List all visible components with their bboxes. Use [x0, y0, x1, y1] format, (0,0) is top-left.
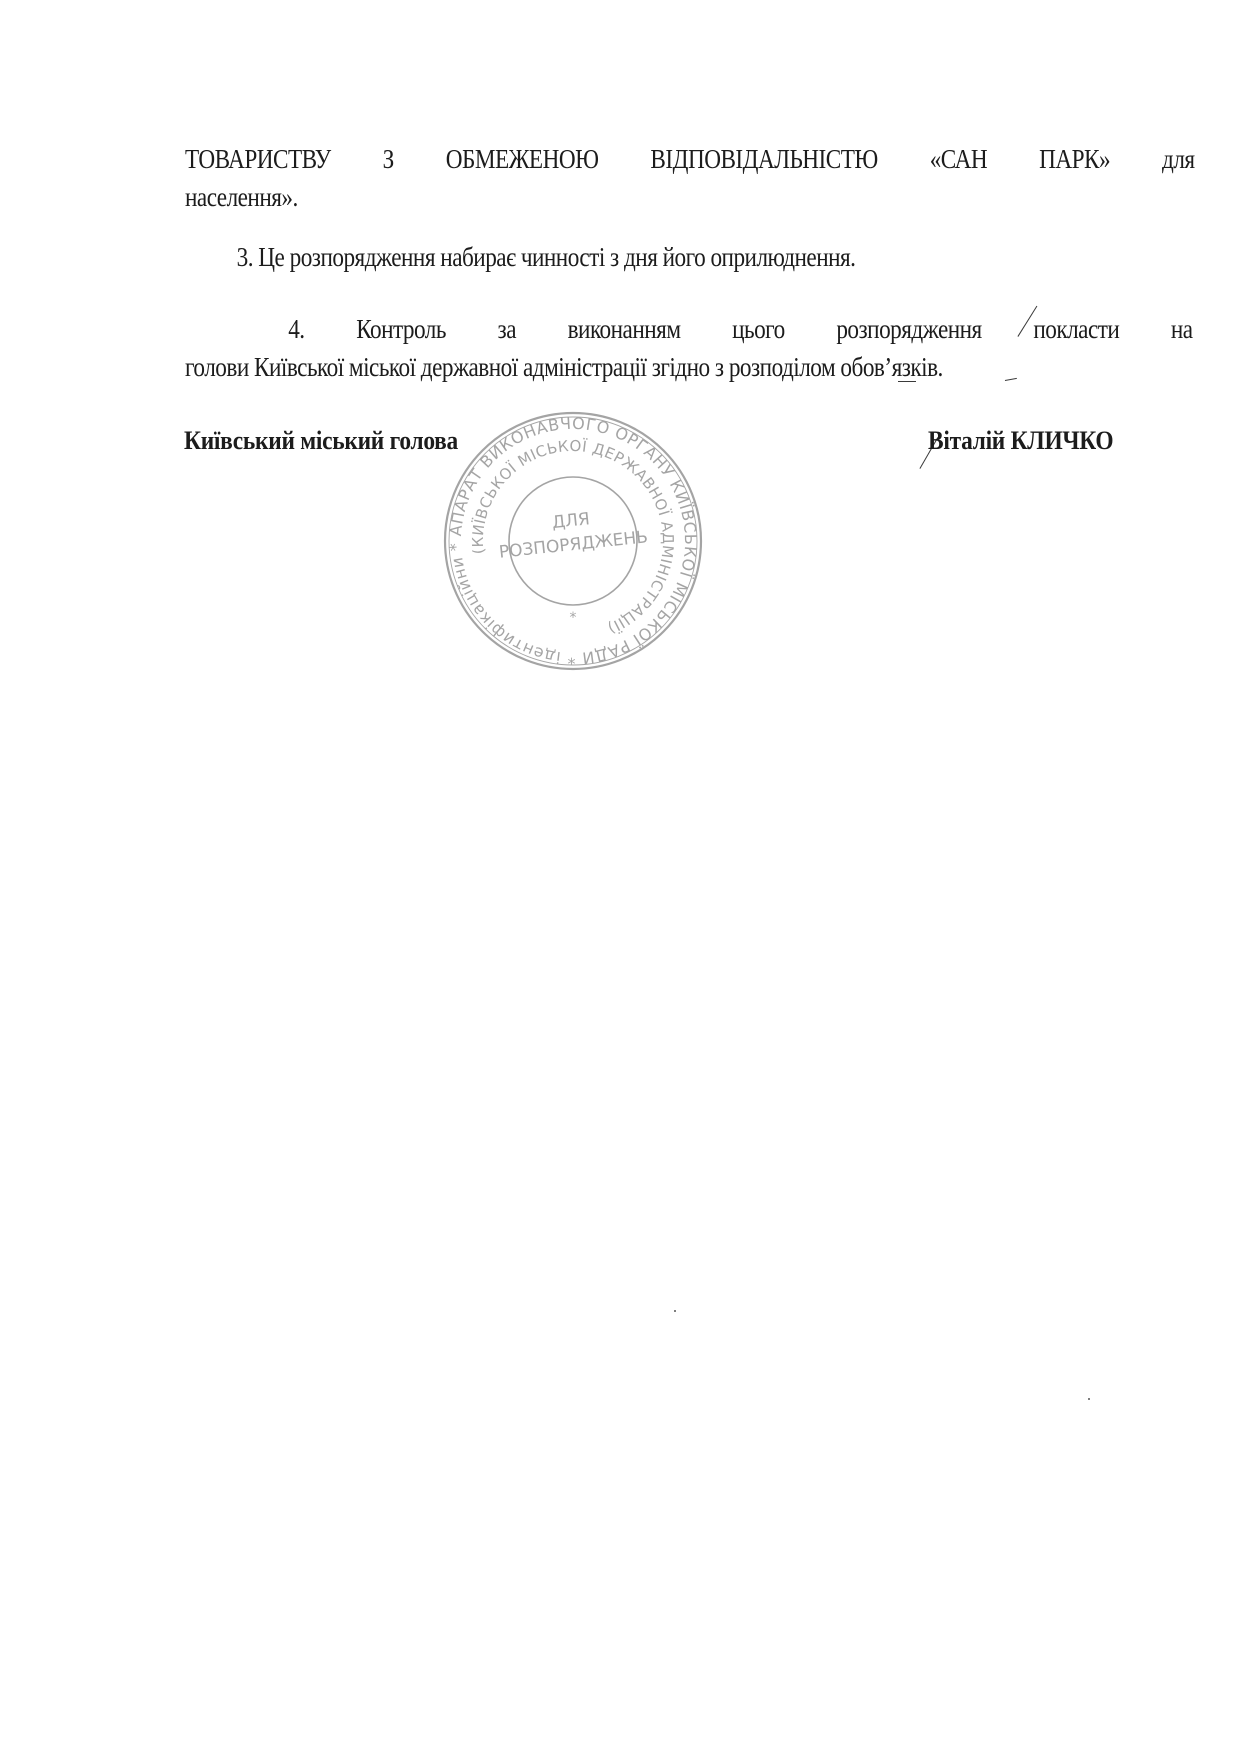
signature-name: Віталій КЛИЧКО: [928, 426, 1113, 456]
paragraph-4: 4. Контроль за виконанням цього розпоряд…: [185, 310, 1195, 386]
word: ВІДПОВІДАЛЬНІСТЮ: [650, 140, 877, 178]
scan-speck: [1088, 1398, 1090, 1400]
official-stamp: * АПАРАТ ВИКОНАВЧОГО ОРГАНУ КИЇВСЬКОЇ МІ…: [442, 410, 704, 672]
word: Контроль: [305, 310, 446, 348]
scan-speck: [674, 1310, 676, 1312]
stamp-star: *: [570, 610, 577, 626]
paragraph-continuation: ТОВАРИСТВУ З ОБМЕЖЕНОЮ ВІДПОВІДАЛЬНІСТЮ …: [185, 140, 1195, 216]
signature-title: Київський міський голова: [184, 426, 458, 456]
handwritten-mark: [898, 381, 916, 382]
word: заступників: [1193, 310, 1240, 348]
word: для: [1162, 140, 1195, 178]
word: розпорядження: [785, 310, 982, 348]
document-page: ТОВАРИСТВУ З ОБМЕЖЕНОЮ ВІДПОВІДАЛЬНІСТЮ …: [0, 0, 1240, 1754]
word: ОБМЕЖЕНОЮ: [446, 140, 599, 178]
word: цього: [681, 310, 785, 348]
paragraph-continuation-line-1: ТОВАРИСТВУ З ОБМЕЖЕНОЮ ВІДПОВІДАЛЬНІСТЮ …: [185, 140, 1195, 178]
stamp-center-line-1: ДЛЯ: [551, 509, 591, 533]
paragraph-3: 3. Це розпорядження набирає чинності з д…: [185, 238, 1195, 276]
word: на: [1119, 310, 1192, 348]
word: «САН: [930, 140, 987, 178]
word: ТОВАРИСТВУ: [185, 140, 331, 178]
word: за: [446, 310, 516, 348]
paragraph-4-line-1: 4. Контроль за виконанням цього розпоряд…: [185, 310, 1195, 348]
paragraph-4-line-2: голови Київської міської державної адмін…: [185, 348, 1195, 386]
word: З: [383, 140, 394, 178]
stamp-center-line-2: РОЗПОРЯДЖЕНЬ: [498, 527, 649, 563]
word: ПАРК»: [1039, 140, 1110, 178]
paragraph-3-text: 3. Це розпорядження набирає чинності з д…: [185, 238, 1195, 276]
paragraph-continuation-line-2: населення».: [185, 178, 1195, 216]
word: виконанням: [516, 310, 681, 348]
word: покласти: [982, 310, 1120, 348]
word: 4.: [237, 310, 305, 348]
